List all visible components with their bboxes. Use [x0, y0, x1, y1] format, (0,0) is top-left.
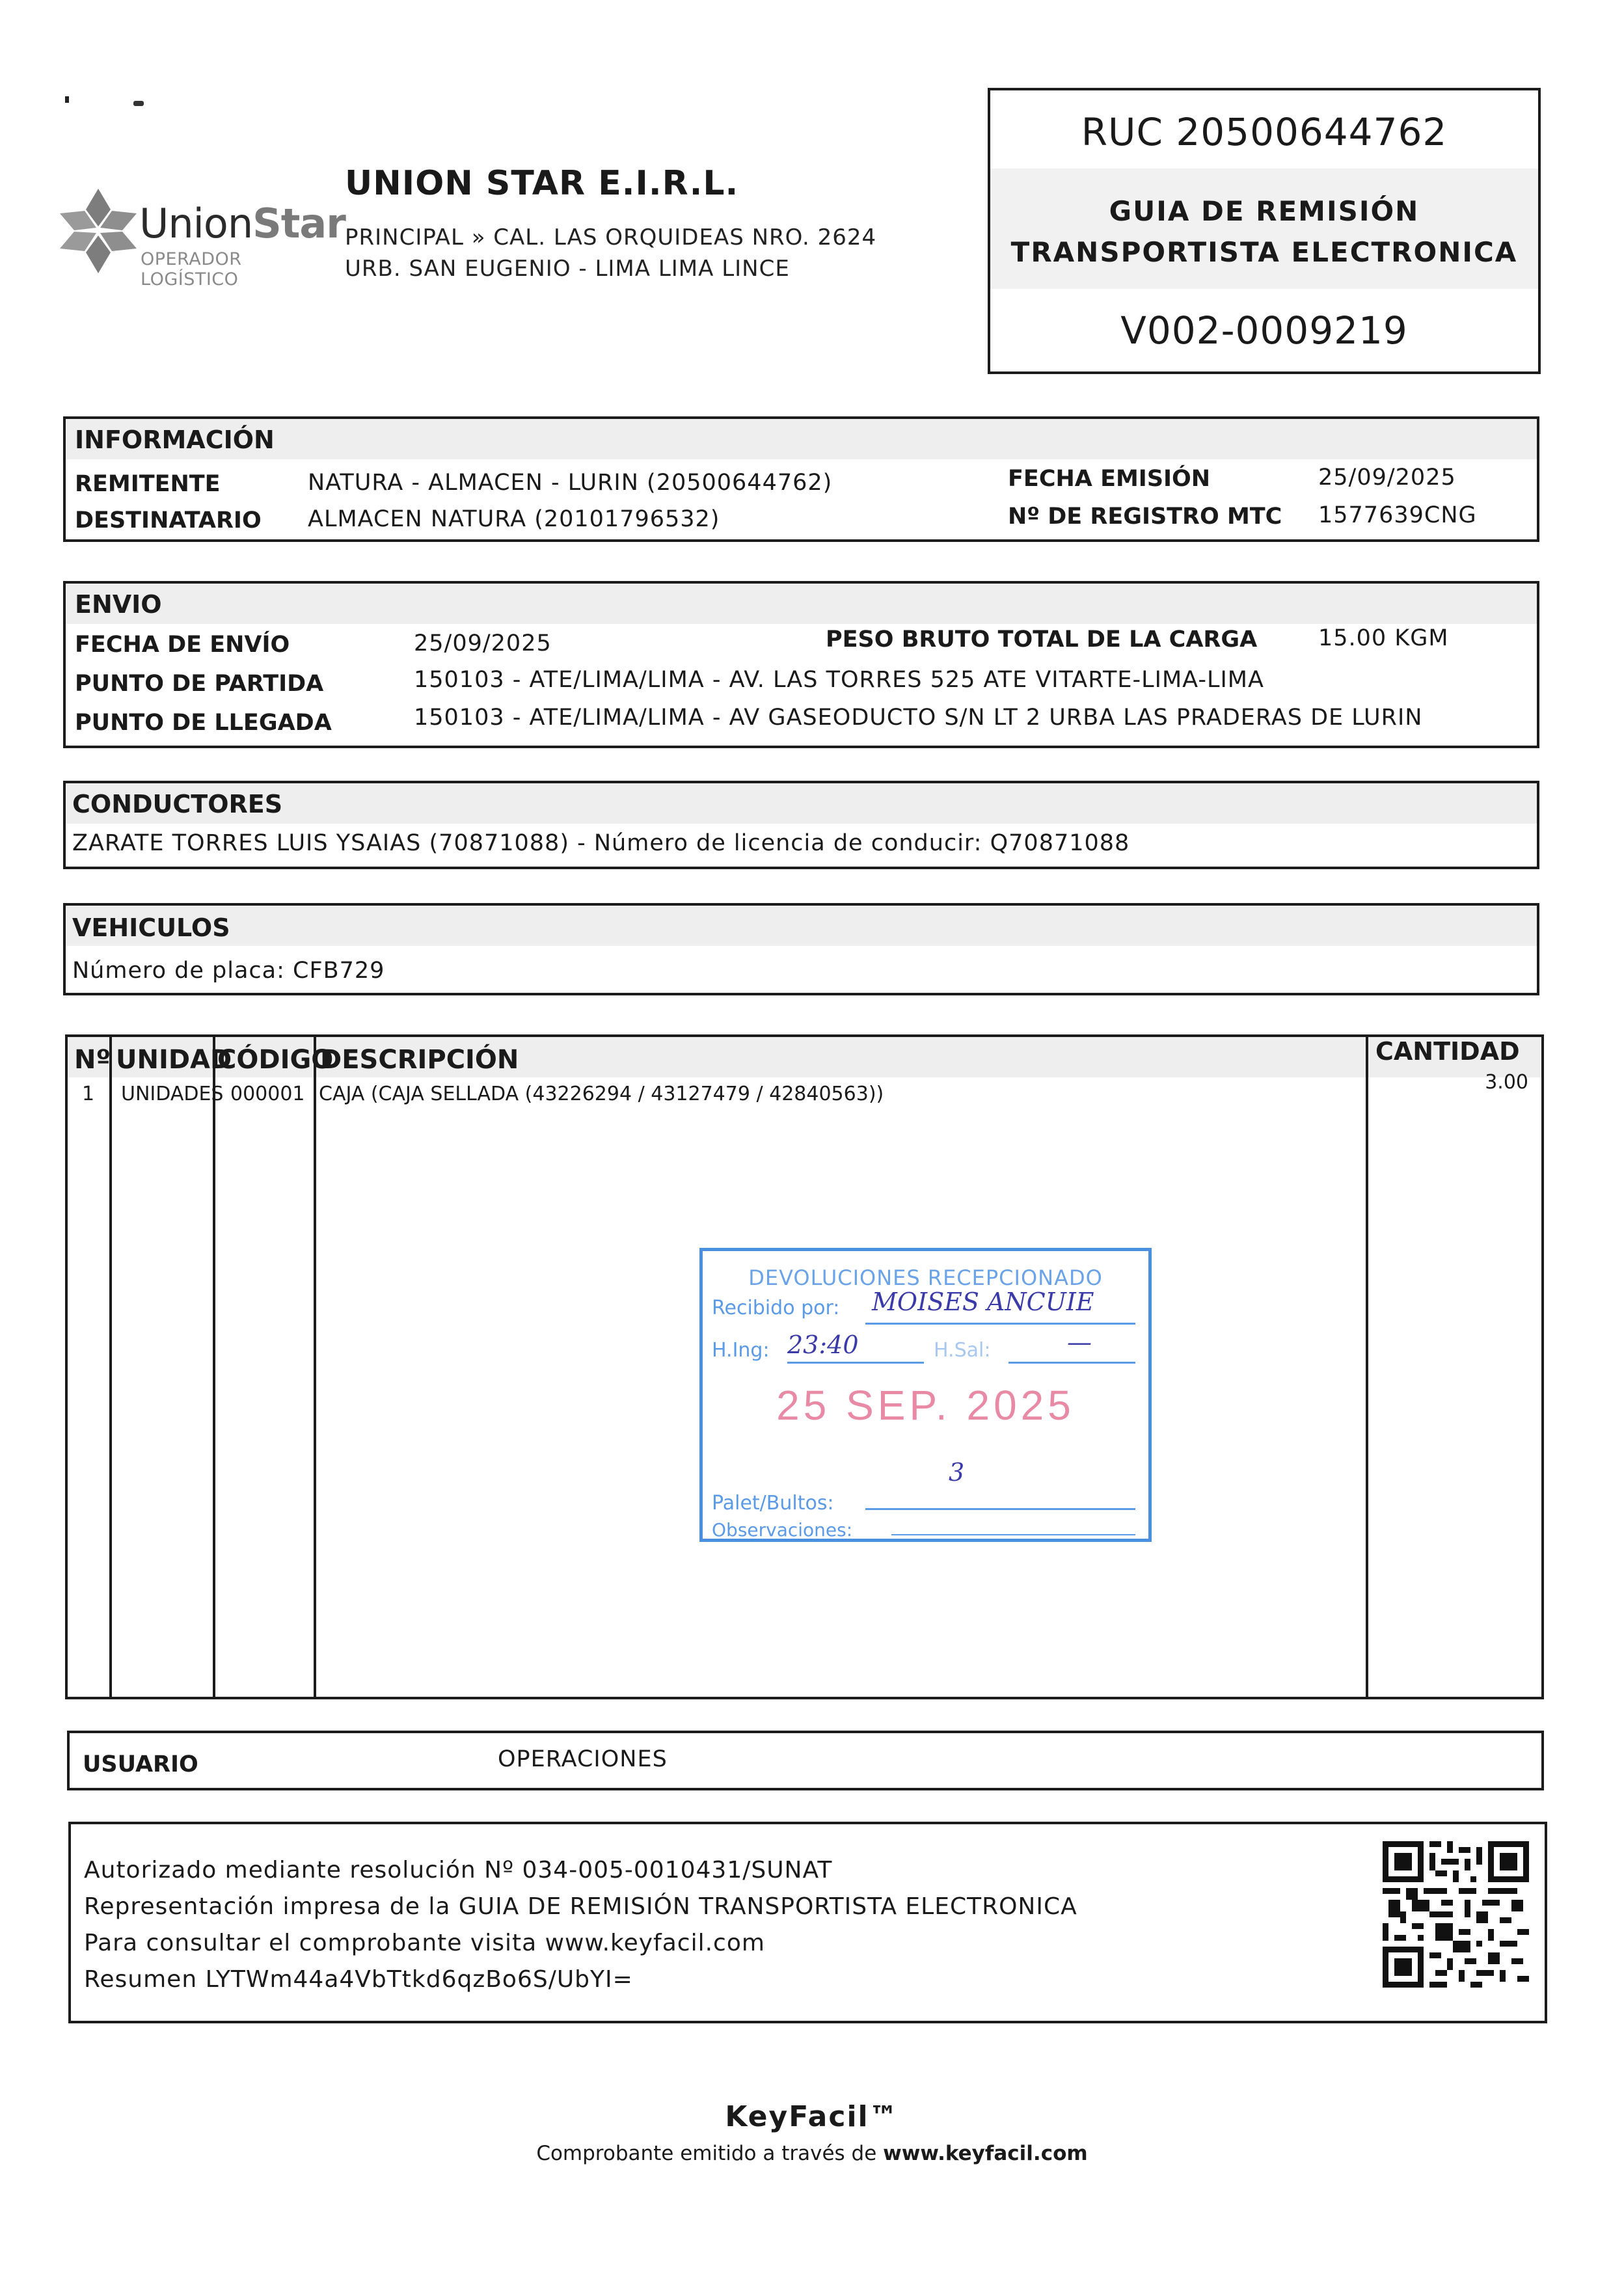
cell-num: 1 — [82, 1083, 94, 1105]
cell-descripcion: CAJA (CAJA SELLADA (43226294 / 43127479 … — [319, 1083, 884, 1105]
section-heading: INFORMACIÓN — [75, 425, 275, 454]
stamp-line — [865, 1323, 1135, 1325]
peso-value: 15.00 KGM — [1318, 625, 1449, 651]
conductor-line: ZARATE TORRES LUIS YSAIAS (70871088) - N… — [72, 830, 1130, 856]
cell-unidad: UNIDADES — [121, 1083, 223, 1105]
vehiculo-line: Número de placa: CFB729 — [72, 958, 385, 984]
column-divider — [1366, 1037, 1368, 1697]
fecha-emision-value: 25/09/2025 — [1318, 465, 1456, 491]
stamp-date: 25 SEP. 2025 — [703, 1381, 1148, 1429]
stamp-line — [865, 1508, 1135, 1510]
document-title-line2: TRANSPORTISTA ELECTRONICA — [990, 232, 1538, 273]
section-envio: ENVIO FECHA DE ENVÍO 25/09/2025 PESO BRU… — [63, 581, 1539, 748]
fecha-envio-label: FECHA DE ENVÍO — [75, 632, 290, 658]
cell-codigo: 000001 — [230, 1083, 305, 1105]
stamp-hing-label: H.Ing: — [712, 1339, 770, 1362]
star-logo-icon — [60, 189, 137, 273]
header-cantidad: CANTIDAD — [1375, 1037, 1520, 1066]
keyfacil-link[interactable]: www.keyfacil.com — [883, 2142, 1088, 2165]
remitente-label: REMITENTE — [75, 471, 221, 497]
destinatario-value: ALMACEN NATURA (20101796532) — [308, 506, 720, 532]
remitente-value: NATURA - ALMACEN - LURIN (20500644762) — [308, 470, 832, 496]
section-informacion: INFORMACIÓN REMITENTE NATURA - ALMACEN -… — [63, 416, 1539, 542]
scan-speck — [65, 96, 69, 103]
punto-partida-label: PUNTO DE PARTIDA — [75, 671, 323, 697]
header-num: Nº — [74, 1045, 111, 1075]
column-divider — [109, 1037, 112, 1697]
stamp-palet-label: Palet/Bultos: — [712, 1492, 834, 1515]
punto-partida-value: 150103 - ATE/LIMA/LIMA - AV. LAS TORRES … — [414, 667, 1264, 693]
section-heading: VEHICULOS — [72, 913, 230, 942]
destinatario-label: DESTINATARIO — [75, 507, 262, 533]
section-usuario: USUARIO OPERACIONES — [67, 1731, 1544, 1790]
ruc-number: RUC 20500644762 — [990, 110, 1538, 154]
usuario-label: USUARIO — [83, 1751, 198, 1777]
keyfacil-brand: KeyFacil™ — [0, 2100, 1624, 2133]
cell-cantidad: 3.00 — [1485, 1071, 1528, 1094]
fecha-emision-label: FECHA EMISIÓN — [1008, 466, 1210, 492]
qr-code-icon — [1383, 1841, 1529, 1988]
stamp-observaciones-label: Observaciones: — [712, 1519, 852, 1541]
representation-line: Representación impresa de la GUIA DE REM… — [84, 1893, 1077, 1920]
stamp-hing-value: 23:40 — [787, 1330, 859, 1359]
company-address-line1: PRINCIPAL » CAL. LAS ORQUIDEAS NRO. 2624 — [345, 224, 876, 250]
company-logo: UnionStar OPERADOR LOGÍSTICO — [60, 185, 333, 277]
stamp-hsal-value: — — [1067, 1328, 1092, 1356]
fecha-envio-value: 25/09/2025 — [414, 630, 552, 656]
consult-line: Para consultar el comprobante visita www… — [84, 1930, 765, 1956]
section-heading: ENVIO — [75, 590, 162, 619]
company-address-line2: URB. SAN EUGENIO - LIMA LIMA LINCE — [345, 256, 790, 282]
section-vehiculos: VEHICULOS Número de placa: CFB729 — [63, 903, 1539, 995]
document-title-line1: GUIA DE REMISIÓN — [990, 191, 1538, 232]
header-codigo: CÓDIGO — [217, 1045, 333, 1075]
stamp-hsal-label: H.Sal: — [934, 1339, 990, 1362]
resumen-line: Resumen LYTWm44a4VbTtkd6qzBo6S/UbYI= — [84, 1966, 633, 1993]
registro-mtc-label: Nº DE REGISTRO MTC — [1008, 504, 1282, 530]
logo-subtitle: OPERADOR LOGÍSTICO — [141, 249, 333, 290]
keyfacil-tagline: Comprobante emitido a través de www.keyf… — [0, 2142, 1624, 2165]
authorization-line: Autorizado mediante resolución Nº 034-00… — [84, 1857, 832, 1883]
section-heading: CONDUCTORES — [72, 790, 282, 818]
peso-label: PESO BRUTO TOTAL DE LA CARGA — [826, 627, 1257, 653]
punto-llegada-label: PUNTO DE LLEGADA — [75, 710, 332, 736]
punto-llegada-value: 150103 - ATE/LIMA/LIMA - AV GASEODUCTO S… — [414, 705, 1422, 731]
header-unidad: UNIDAD — [116, 1045, 232, 1075]
stamp-title: DEVOLUCIONES RECEPCIONADO — [703, 1265, 1148, 1290]
stamp-line — [787, 1362, 924, 1364]
header-descripcion: DESCRIPCIÓN — [320, 1045, 519, 1075]
logo-wordmark: UnionStar — [139, 200, 345, 247]
scan-speck — [133, 101, 144, 106]
stamp-palet-value: 3 — [949, 1458, 964, 1487]
section-conductores: CONDUCTORES ZARATE TORRES LUIS YSAIAS (7… — [63, 781, 1539, 869]
column-divider — [314, 1037, 316, 1697]
document-id-box: RUC 20500644762 GUIA DE REMISIÓN TRANSPO… — [988, 88, 1541, 374]
reception-stamp: DEVOLUCIONES RECEPCIONADO Recibido por: … — [699, 1248, 1152, 1542]
usuario-value: OPERACIONES — [498, 1746, 668, 1772]
stamp-line — [891, 1534, 1135, 1535]
stamp-line — [1008, 1362, 1135, 1364]
document-number: V002-0009219 — [990, 308, 1538, 353]
company-name: UNION STAR E.I.R.L. — [345, 164, 738, 203]
stamp-recibido-value: MOISES ANCUIE — [872, 1288, 1094, 1316]
tagline-text: Comprobante emitido a través de — [536, 2142, 883, 2165]
column-divider — [213, 1037, 215, 1697]
section-legal-footer: Autorizado mediante resolución Nº 034-00… — [68, 1822, 1547, 2023]
stamp-recibido-label: Recibido por: — [712, 1297, 839, 1319]
registro-mtc-value: 1577639CNG — [1318, 502, 1477, 528]
